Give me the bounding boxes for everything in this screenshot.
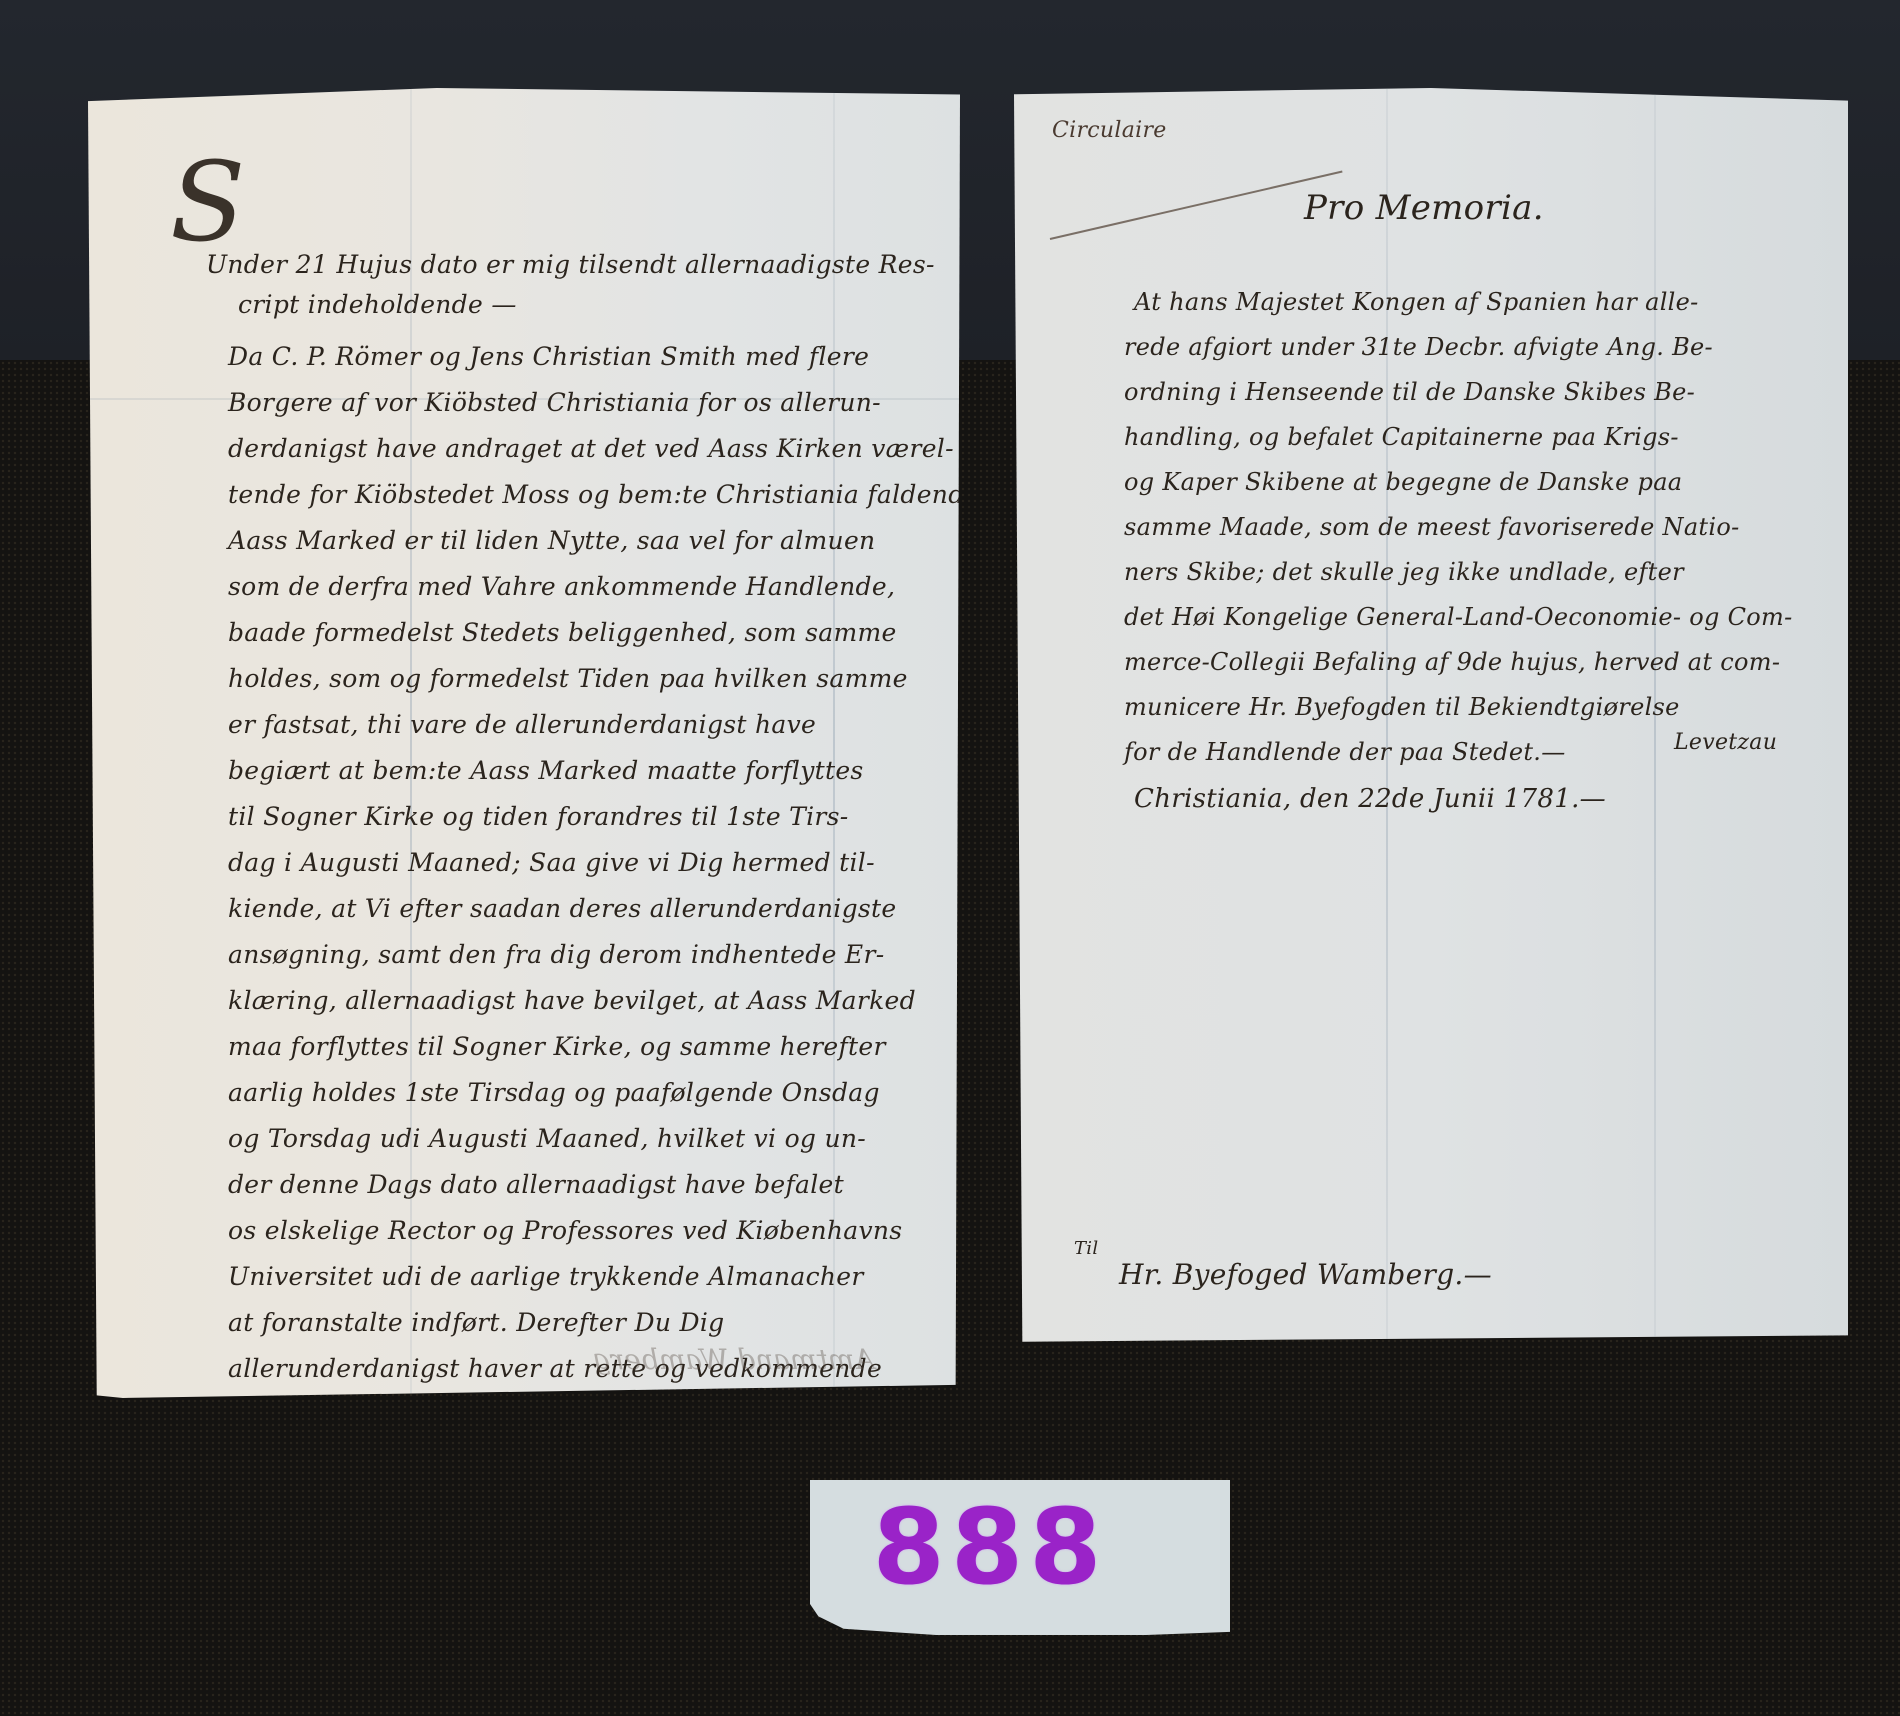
corner-note: Circulaire [1052,118,1167,143]
text-line: er fastsat, thi vare de allerunderdanigs… [228,710,816,739]
text-line: ners Skibe; det skulle jeg ikke undlade,… [1124,558,1684,586]
text-line: tende for Kiöbstedet Moss og bem:te Chri… [228,480,980,509]
text-line: maa forflyttes til Sogner Kirke, og samm… [228,1032,886,1061]
text-line: os elskelige Rector og Professores ved K… [228,1216,902,1245]
addressee-prefix: Til [1074,1238,1098,1259]
text-line: at foranstalte indført. Derefter Du Dig [228,1308,724,1337]
text-line: dag i Augusti Maaned; Saa give vi Dig he… [228,848,875,877]
text-line: ordning i Henseende til de Danske Skibes… [1124,378,1695,406]
signature: Levetzau [1674,730,1777,755]
text-line: som de derfra med Vahre ankommende Handl… [228,572,895,601]
text-line: Borgere af vor Kiöbsted Christiania for … [228,388,881,417]
text-line: Da C. P. Römer og Jens Christian Smith m… [228,342,869,371]
text-line: Aass Marked er til liden Nytte, saa vel … [228,526,875,555]
text-line: kiende, at Vi efter saadan deres allerun… [228,894,896,923]
bleedthrough-signature: Amtmand Wamberg [593,1343,875,1376]
text-line: og Kaper Skibene at begegne de Danske pa… [1124,468,1682,496]
text-line: Under 21 Hujus dato er mig tilsendt alle… [206,250,935,279]
text-line: og Torsdag udi Augusti Maaned, hvilket v… [228,1124,866,1153]
catalog-number: 888 [810,1486,1170,1608]
addressee: Hr. Byefoged Wamberg.— [1119,1258,1492,1291]
text-line: der denne Dags dato allernaadigst have b… [228,1170,844,1199]
underline-stroke [1050,171,1343,240]
text-line: rede afgiort under 31te Decbr. afvigte A… [1124,333,1713,361]
text-line: aarlig holdes 1ste Tirsdag og paafølgend… [228,1078,880,1107]
salutation-flourish: S [170,138,245,266]
text-line: ansøgning, samt den fra dig derom indhen… [228,940,884,969]
text-line: derdanigst have andraget at det ved Aass… [228,434,954,463]
text-line: handling, og befalet Capitainerne paa Kr… [1124,423,1679,451]
document-heading: Pro Memoria. [1304,188,1544,228]
text-line: holdes, som og formedelst Tiden paa hvil… [228,664,908,693]
text-line: Universitet udi de aarlige trykkende Alm… [228,1262,864,1291]
fold-line [833,88,835,1398]
text-line: municere Hr. Byefogden til Bekiendtgiøre… [1124,693,1680,721]
text-line: klæring, allernaadigst have bevilget, at… [228,986,916,1015]
text-line: for de Handlende der paa Stedet.— [1124,738,1566,766]
left-document: S Under 21 Hujus dato er mig tilsendt al… [88,88,960,1398]
text-line: cript indeholdende — [238,290,517,319]
text-line: det Høi Kongelige General-Land-Oeconomie… [1124,603,1792,631]
text-line: begiært at bem:te Aass Marked maatte for… [228,756,864,785]
text-line: At hans Majestet Kongen af Spanien har a… [1134,288,1699,316]
text-line: baade formedelst Stedets beliggenhed, so… [228,618,897,647]
catalog-label-card: 888 [810,1480,1230,1635]
text-line: til Sogner Kirke og tiden forandres til … [228,802,849,831]
dateline: Christiania, den 22de Junii 1781.— [1134,784,1606,814]
text-line: samme Maade, som de meest favoriserede N… [1124,513,1740,541]
fold-line [410,88,412,1398]
text-line: merce-Collegii Befaling af 9de hujus, he… [1124,648,1780,676]
right-document: Circulaire Pro Memoria. At hans Majestet… [1014,88,1848,1348]
